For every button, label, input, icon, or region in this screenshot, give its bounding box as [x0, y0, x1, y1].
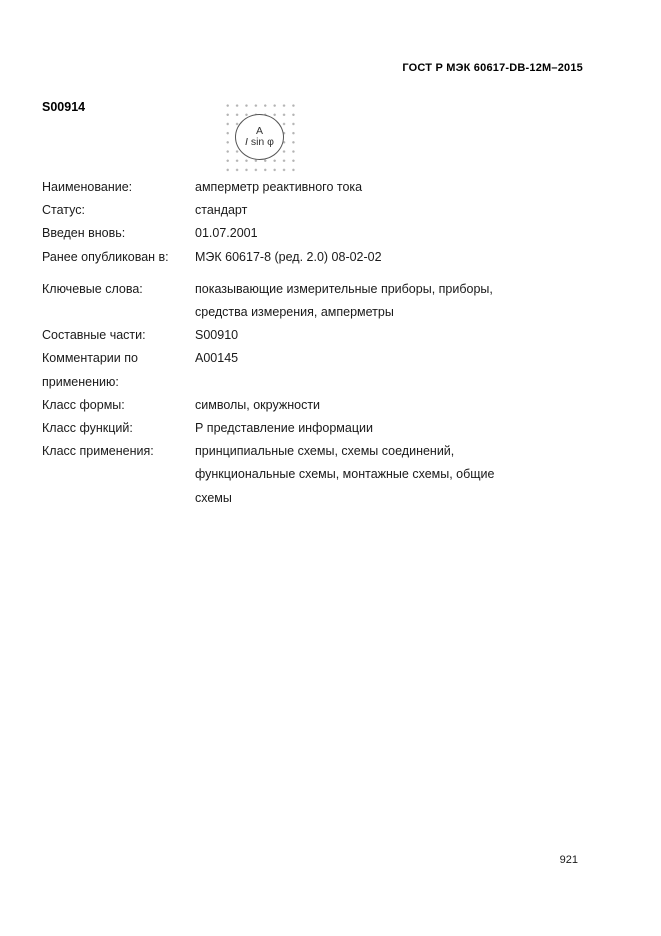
field-value: стандарт [195, 199, 521, 222]
field-value: A00145 [195, 347, 521, 370]
field-row-components: Составные части: S00910 [42, 324, 552, 347]
field-label: Наименование: [42, 176, 195, 199]
ammeter-symbol-icon: A I sin φ [235, 114, 284, 160]
field-value: МЭК 60617-8 (ред. 2.0) 08-02-02 [195, 246, 521, 269]
field-value: показывающие измерительные приборы, приб… [195, 278, 521, 324]
field-value: принципиальные схемы, схемы соединений, … [195, 440, 521, 510]
field-label: Введен вновь: [42, 222, 195, 245]
symbol-formula: I sin φ [245, 137, 274, 149]
field-value: 01.07.2001 [195, 222, 521, 245]
document-code-header: ГОСТ Р МЭК 60617-DB-12М–2015 [402, 62, 583, 74]
entry-id: S00914 [42, 100, 85, 114]
field-label: Составные части: [42, 324, 195, 347]
field-label: Ранее опубликован в: [42, 246, 195, 269]
field-row-shape-class: Класс формы: символы, окружности [42, 394, 552, 417]
attributes-list: Наименование: амперметр реактивного тока… [42, 176, 552, 510]
symbol-formula-function: sin φ [248, 136, 274, 148]
field-row-status: Статус: стандарт [42, 199, 552, 222]
field-value: Р представление информации [195, 417, 521, 440]
field-label: Класс применения: [42, 440, 195, 463]
field-row-function-class: Класс функций: Р представление информаци… [42, 417, 552, 440]
field-row-name: Наименование: амперметр реактивного тока [42, 176, 552, 199]
field-value: S00910 [195, 324, 521, 347]
field-row-keywords: Ключевые слова: показывающие измерительн… [42, 278, 552, 324]
field-row-reintroduced: Введен вновь: 01.07.2001 [42, 222, 552, 245]
field-label: Комментарии по применению: [42, 347, 195, 393]
field-label: Ключевые слова: [42, 278, 195, 301]
field-row-application-class: Класс применения: принципиальные схемы, … [42, 440, 552, 510]
field-label: Класс формы: [42, 394, 195, 417]
field-label: Статус: [42, 199, 195, 222]
document-page: ГОСТ Р МЭК 60617-DB-12М–2015 S00914 A I … [0, 0, 661, 936]
field-value: амперметр реактивного тока [195, 176, 521, 199]
page-number: 921 [560, 854, 578, 866]
symbol-grid: A I sin φ [222, 100, 298, 173]
field-row-previously-published: Ранее опубликован в: МЭК 60617-8 (ред. 2… [42, 246, 552, 269]
field-label: Класс функций: [42, 417, 195, 440]
field-row-application-comments: Комментарии по применению: A00145 [42, 347, 552, 393]
field-value: символы, окружности [195, 394, 521, 417]
